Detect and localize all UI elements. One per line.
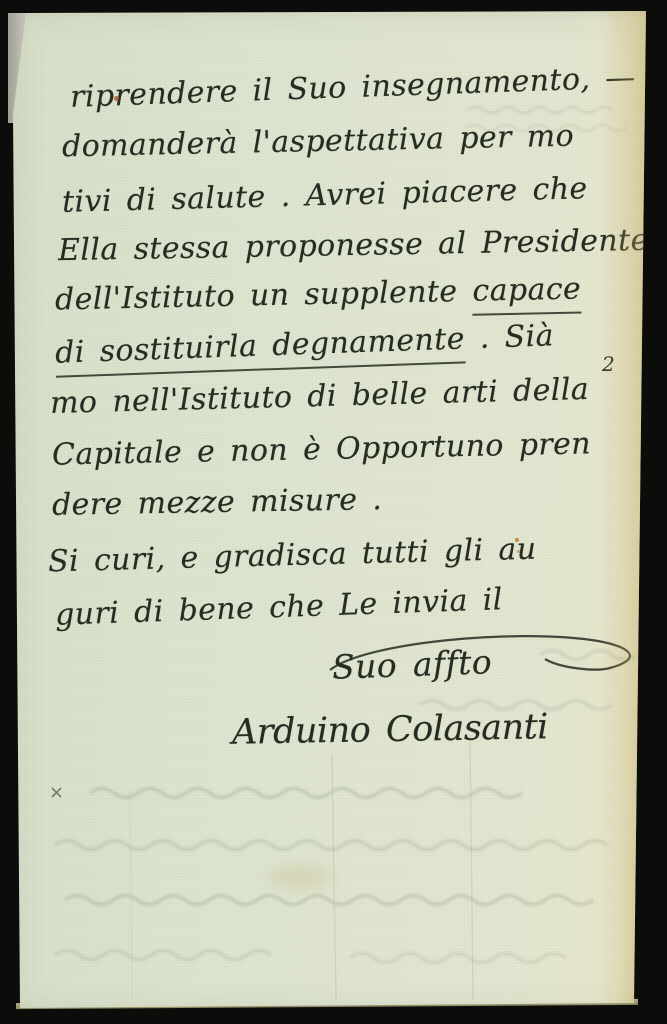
scanned-letter-page: riprendere il Suo insegnamento, — domand… (0, 0, 667, 1024)
line-text: tivi di salute . Avrei piacere che (62, 171, 588, 220)
line-text: Ella stessa proponesse al Presidente (58, 223, 649, 268)
letter-line-11: guri di bene che Le invia il (55, 582, 504, 633)
letter-sheet: riprendere il Suo insegnamento, — domand… (0, 0, 667, 1024)
letter-line-7: mo nell'Istituto di belle arti della (50, 372, 590, 421)
letter-line-3: tivi di salute . Avrei piacere che (62, 171, 588, 220)
letter-line-4: Ella stessa proponesse al Presidente (58, 223, 649, 268)
line-text: guri di bene che Le invia il (55, 582, 504, 633)
stain-smudge (268, 865, 332, 889)
letter-line-10: Si curi, e gradisca tutti gli au (48, 532, 537, 580)
signature: Arduino Colasanti (232, 707, 549, 753)
letter-line-2: domanderà l'aspettativa per mo (62, 119, 575, 165)
foxing-speck (114, 96, 119, 101)
letter-line-9: dere mezze misure . (52, 482, 383, 523)
letter-closing: Suo affto (331, 642, 492, 687)
letter-line-8: Capitale e non è Opportuno pren (52, 426, 592, 472)
letter-line-5: dell'Istituto un supplente capace (55, 271, 582, 317)
line-text: dere mezze misure . (52, 482, 383, 523)
letter-line-1: riprendere il Suo insegnamento, — (70, 60, 637, 115)
foxing-speck (515, 538, 519, 542)
letter-line-6: di sostituirla degnamente . Sià (55, 318, 555, 370)
aged-paper-edge (600, 11, 646, 1006)
line-text: riprendere il Suo insegnamento, — (70, 60, 637, 115)
line-text: Capitale e non è Opportuno pren (52, 426, 592, 472)
line-text: mo nell'Istituto di belle arti della (50, 372, 590, 421)
line-text: dell'Istituto un supplente (55, 274, 473, 318)
stray-ink-mark (52, 788, 61, 797)
line-text: Si curi, e gradisca tutti gli au (48, 532, 537, 580)
line-text: domanderà l'aspettativa per mo (62, 119, 575, 165)
marginal-note: 2 (602, 352, 615, 376)
foxing-speck (517, 550, 520, 553)
